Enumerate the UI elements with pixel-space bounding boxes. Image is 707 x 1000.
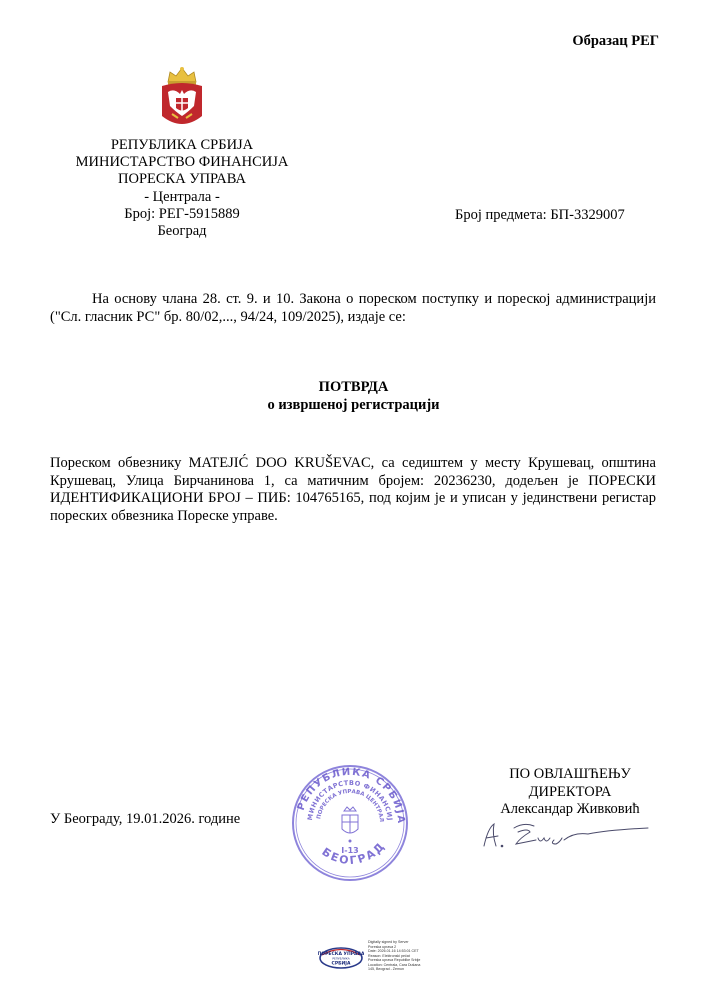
official-seal-stamp-icon: РЕПУБЛИКА СРБИЈА МИНИСТАРСТВО ФИНАНСИЈА … xyxy=(290,763,410,883)
authority-line-2: ДИРЕКТОРА xyxy=(480,784,660,802)
handwritten-signature-icon xyxy=(478,818,658,852)
form-label: Образац РЕГ xyxy=(572,33,659,50)
svg-text:РЕПУБЛИКА: РЕПУБЛИКА xyxy=(332,957,349,961)
poreska-uprava-logo-icon: ПОРЕСКА УПРАВА РЕПУБЛИКА СРБИЈА xyxy=(318,946,364,970)
issuer-city: Београд xyxy=(60,223,304,240)
document-title: ПОТВРДА о извршеној регистрацији xyxy=(0,379,707,414)
intro-text: На основу члана 28. ст. 9. и 10. Закона … xyxy=(50,291,656,325)
issuer-unit: - Централа - xyxy=(60,189,304,206)
date-place: У Београду, 19.01.2026. године xyxy=(50,811,240,828)
svg-text:I-13: I-13 xyxy=(341,846,358,855)
title-main: ПОТВРДА xyxy=(0,379,707,397)
issuer-administration: ПОРЕСКА УПРАВА xyxy=(60,171,304,188)
authority-line-1: ПО ОВЛАШЋЕЊУ xyxy=(480,766,660,784)
intro-paragraph: На основу члана 28. ст. 9. и 10. Закона … xyxy=(50,291,656,326)
issuer-country: РЕПУБЛИКА СРБИЈА xyxy=(60,137,304,154)
case-number: Број предмета: БП-3329007 xyxy=(455,207,625,224)
serbia-coat-of-arms-icon xyxy=(156,66,208,132)
signatory-name: Александар Живковић xyxy=(480,801,660,819)
digital-signature-details: Digitally signed by Server Poreska uprav… xyxy=(368,940,432,972)
issuer-block: РЕПУБЛИКА СРБИЈА МИНИСТАРСТВО ФИНАНСИЈА … xyxy=(60,137,304,240)
digital-signature-block: ПОРЕСКА УПРАВА РЕПУБЛИКА СРБИЈА Digitall… xyxy=(318,940,428,976)
confirmation-paragraph: Пореском обвезнику MATEJIĆ DOO KRUŠEVAC,… xyxy=(50,455,656,525)
svg-text:СРБИЈА: СРБИЈА xyxy=(332,961,351,967)
ds-line: 145, Beograd - Zemun xyxy=(368,967,432,972)
issuer-reference-number: Број: РЕГ-5915889 xyxy=(60,206,304,223)
title-sub: о извршеној регистрацији xyxy=(0,397,707,415)
authority-block: ПО ОВЛАШЋЕЊУ ДИРЕКТОРА Александар Живков… xyxy=(480,766,660,819)
issuer-ministry: МИНИСТАРСТВО ФИНАНСИЈА xyxy=(60,154,304,171)
